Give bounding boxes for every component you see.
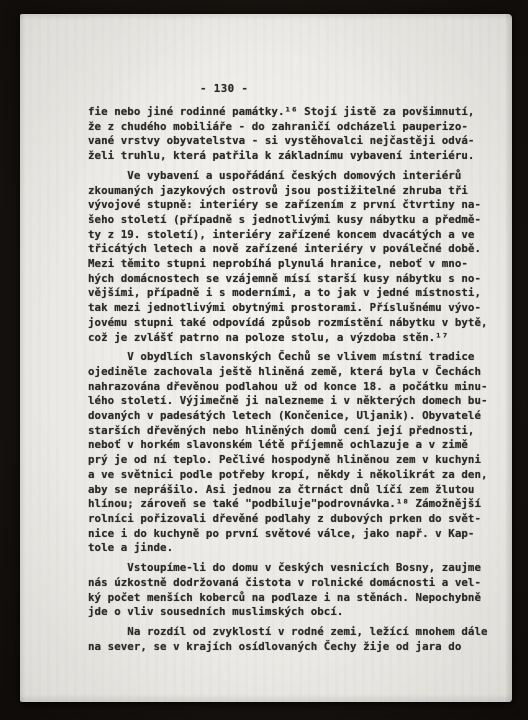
paragraph: Ve vybavení a uspořádání českých domovýc… <box>88 169 498 345</box>
photo-background: { "page": { "number_label": "- 130 -", "… <box>0 0 528 720</box>
paragraph: Vstoupíme-li do domu v českých vesnicích… <box>88 561 498 620</box>
page-number: - 130 - <box>200 82 248 97</box>
document-page: - 130 - fie nebo jiné rodinné památky.¹⁶… <box>20 14 512 702</box>
paragraph: V obydlích slavonských Čechů se vlivem m… <box>88 350 498 556</box>
paragraph: Na rozdíl od zvyklostí v rodné zemi, lež… <box>88 625 498 654</box>
paragraph: fie nebo jiné rodinné památky.¹⁶ Stojí j… <box>88 105 498 164</box>
page-body: fie nebo jiné rodinné památky.¹⁶ Stojí j… <box>88 105 498 659</box>
